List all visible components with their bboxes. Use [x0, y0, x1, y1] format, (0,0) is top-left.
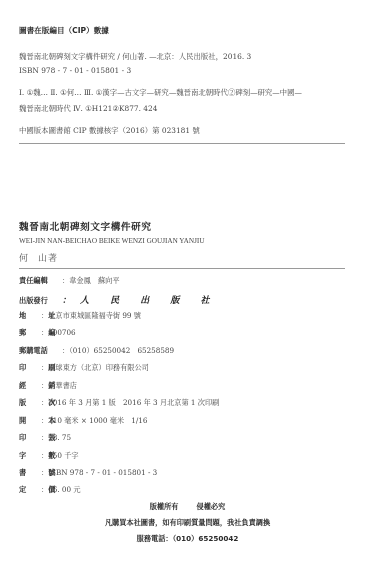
infringement-warning: 侵權必究 — [197, 502, 226, 511]
detail-edition: 版次 ：2016 年 3 月第 1 版 2016 年 3 月北京第 1 次印刷 — [19, 398, 219, 408]
cip-number: 中國版本圖書館 CIP 數據核字（2016）第 023181 號 — [19, 125, 200, 136]
service-phone: 服務電話：（010）65250042 — [0, 534, 375, 544]
detail-format: 開本 ：710 毫米 × 1000 毫米 1/16 — [19, 416, 147, 426]
detail-value: ：新華書店 — [41, 381, 77, 391]
copyright-notice: 版權所有侵權必究 — [0, 502, 375, 512]
detail-postcode: 郵編 ：100706 — [19, 328, 76, 338]
detail-value: ：450 千字 — [41, 451, 79, 461]
cip-subject-line-2: 魏晉南北朝時代 Ⅳ. ①H121②K877. 424 — [19, 103, 157, 114]
detail-address: 地址 ：北京市東城區隆福寺街 99 號 — [19, 311, 141, 321]
quality-notice: 凡購買本社圖書，如有印刷質量問題，我社負責調換 — [0, 518, 375, 528]
book-title: 魏晉南北朝碑刻文字構件研究 — [19, 219, 152, 233]
detail-value: ：韋金鳳 蘇向平 — [62, 276, 120, 286]
detail-value: ：（010）65250042 65258589 — [62, 346, 174, 356]
detail-publisher: 出版發行 ：人 民 出 版 社 — [19, 293, 219, 306]
detail-value: ：66. 00 元 — [41, 485, 81, 495]
cip-citation: 魏晉南北朝碑刻文字構件研究 / 何山著. —北京：人民出版社，2016. 3 — [19, 51, 251, 62]
detail-label: 出版發行 — [19, 296, 62, 306]
author-suffix: 著 — [48, 254, 58, 264]
detail-book-number: 書號 ：ISBN 978 - 7 - 01 - 015801 - 3 — [19, 468, 157, 478]
detail-value: ：710 毫米 × 1000 毫米 1/16 — [41, 416, 147, 426]
detail-distributor: 經銷 ：新華書店 — [19, 381, 77, 391]
author: 何山著 — [19, 251, 58, 264]
cip-subject-line-1: Ⅰ. ①魏… Ⅱ. ①何… Ⅲ. ①漢字—古文字—研究—魏晉南北朝時代②碑刻—研… — [19, 87, 302, 98]
detail-sheets: 印張 ：28. 75 — [19, 433, 71, 443]
rights-reserved: 版權所有 — [150, 502, 179, 511]
cip-isbn: ISBN 978 - 7 - 01 - 015801 - 3 — [19, 66, 131, 75]
detail-value: ：100706 — [41, 328, 76, 338]
divider-middle — [19, 268, 345, 269]
publisher-name: ：人 民 出 版 社 — [62, 293, 219, 306]
detail-value: ：北京市東城區隆福寺街 99 號 — [41, 311, 141, 321]
detail-printer: 印刷 ：環球東方（北京）印務有限公司 — [19, 363, 149, 373]
detail-label: 郵購電話 — [19, 346, 62, 356]
cip-heading: 圖書在版編目（CIP）數據 — [19, 25, 109, 36]
author-name-1: 何 — [19, 254, 29, 264]
author-name-2: 山 — [38, 254, 48, 264]
detail-value: ：ISBN 978 - 7 - 01 - 015801 - 3 — [41, 468, 157, 478]
detail-word-count: 字數 ：450 千字 — [19, 451, 79, 461]
detail-price: 定價 ：66. 00 元 — [19, 485, 81, 495]
detail-value: ：環球東方（北京）印務有限公司 — [41, 363, 149, 373]
divider-top — [19, 143, 345, 144]
detail-mail-order-phone: 郵購電話 ：（010）65250042 65258589 — [19, 346, 174, 356]
detail-editors: 責任編輯 ：韋金鳳 蘇向平 — [19, 276, 120, 286]
detail-label: 責任編輯 — [19, 276, 62, 286]
book-pinyin-title: WEI-JIN NAN-BEICHAO BEIKE WENZI GOUJIAN … — [19, 237, 204, 245]
detail-value: ：2016 年 3 月第 1 版 2016 年 3 月北京第 1 次印刷 — [41, 398, 219, 408]
detail-value: ：28. 75 — [41, 433, 71, 443]
